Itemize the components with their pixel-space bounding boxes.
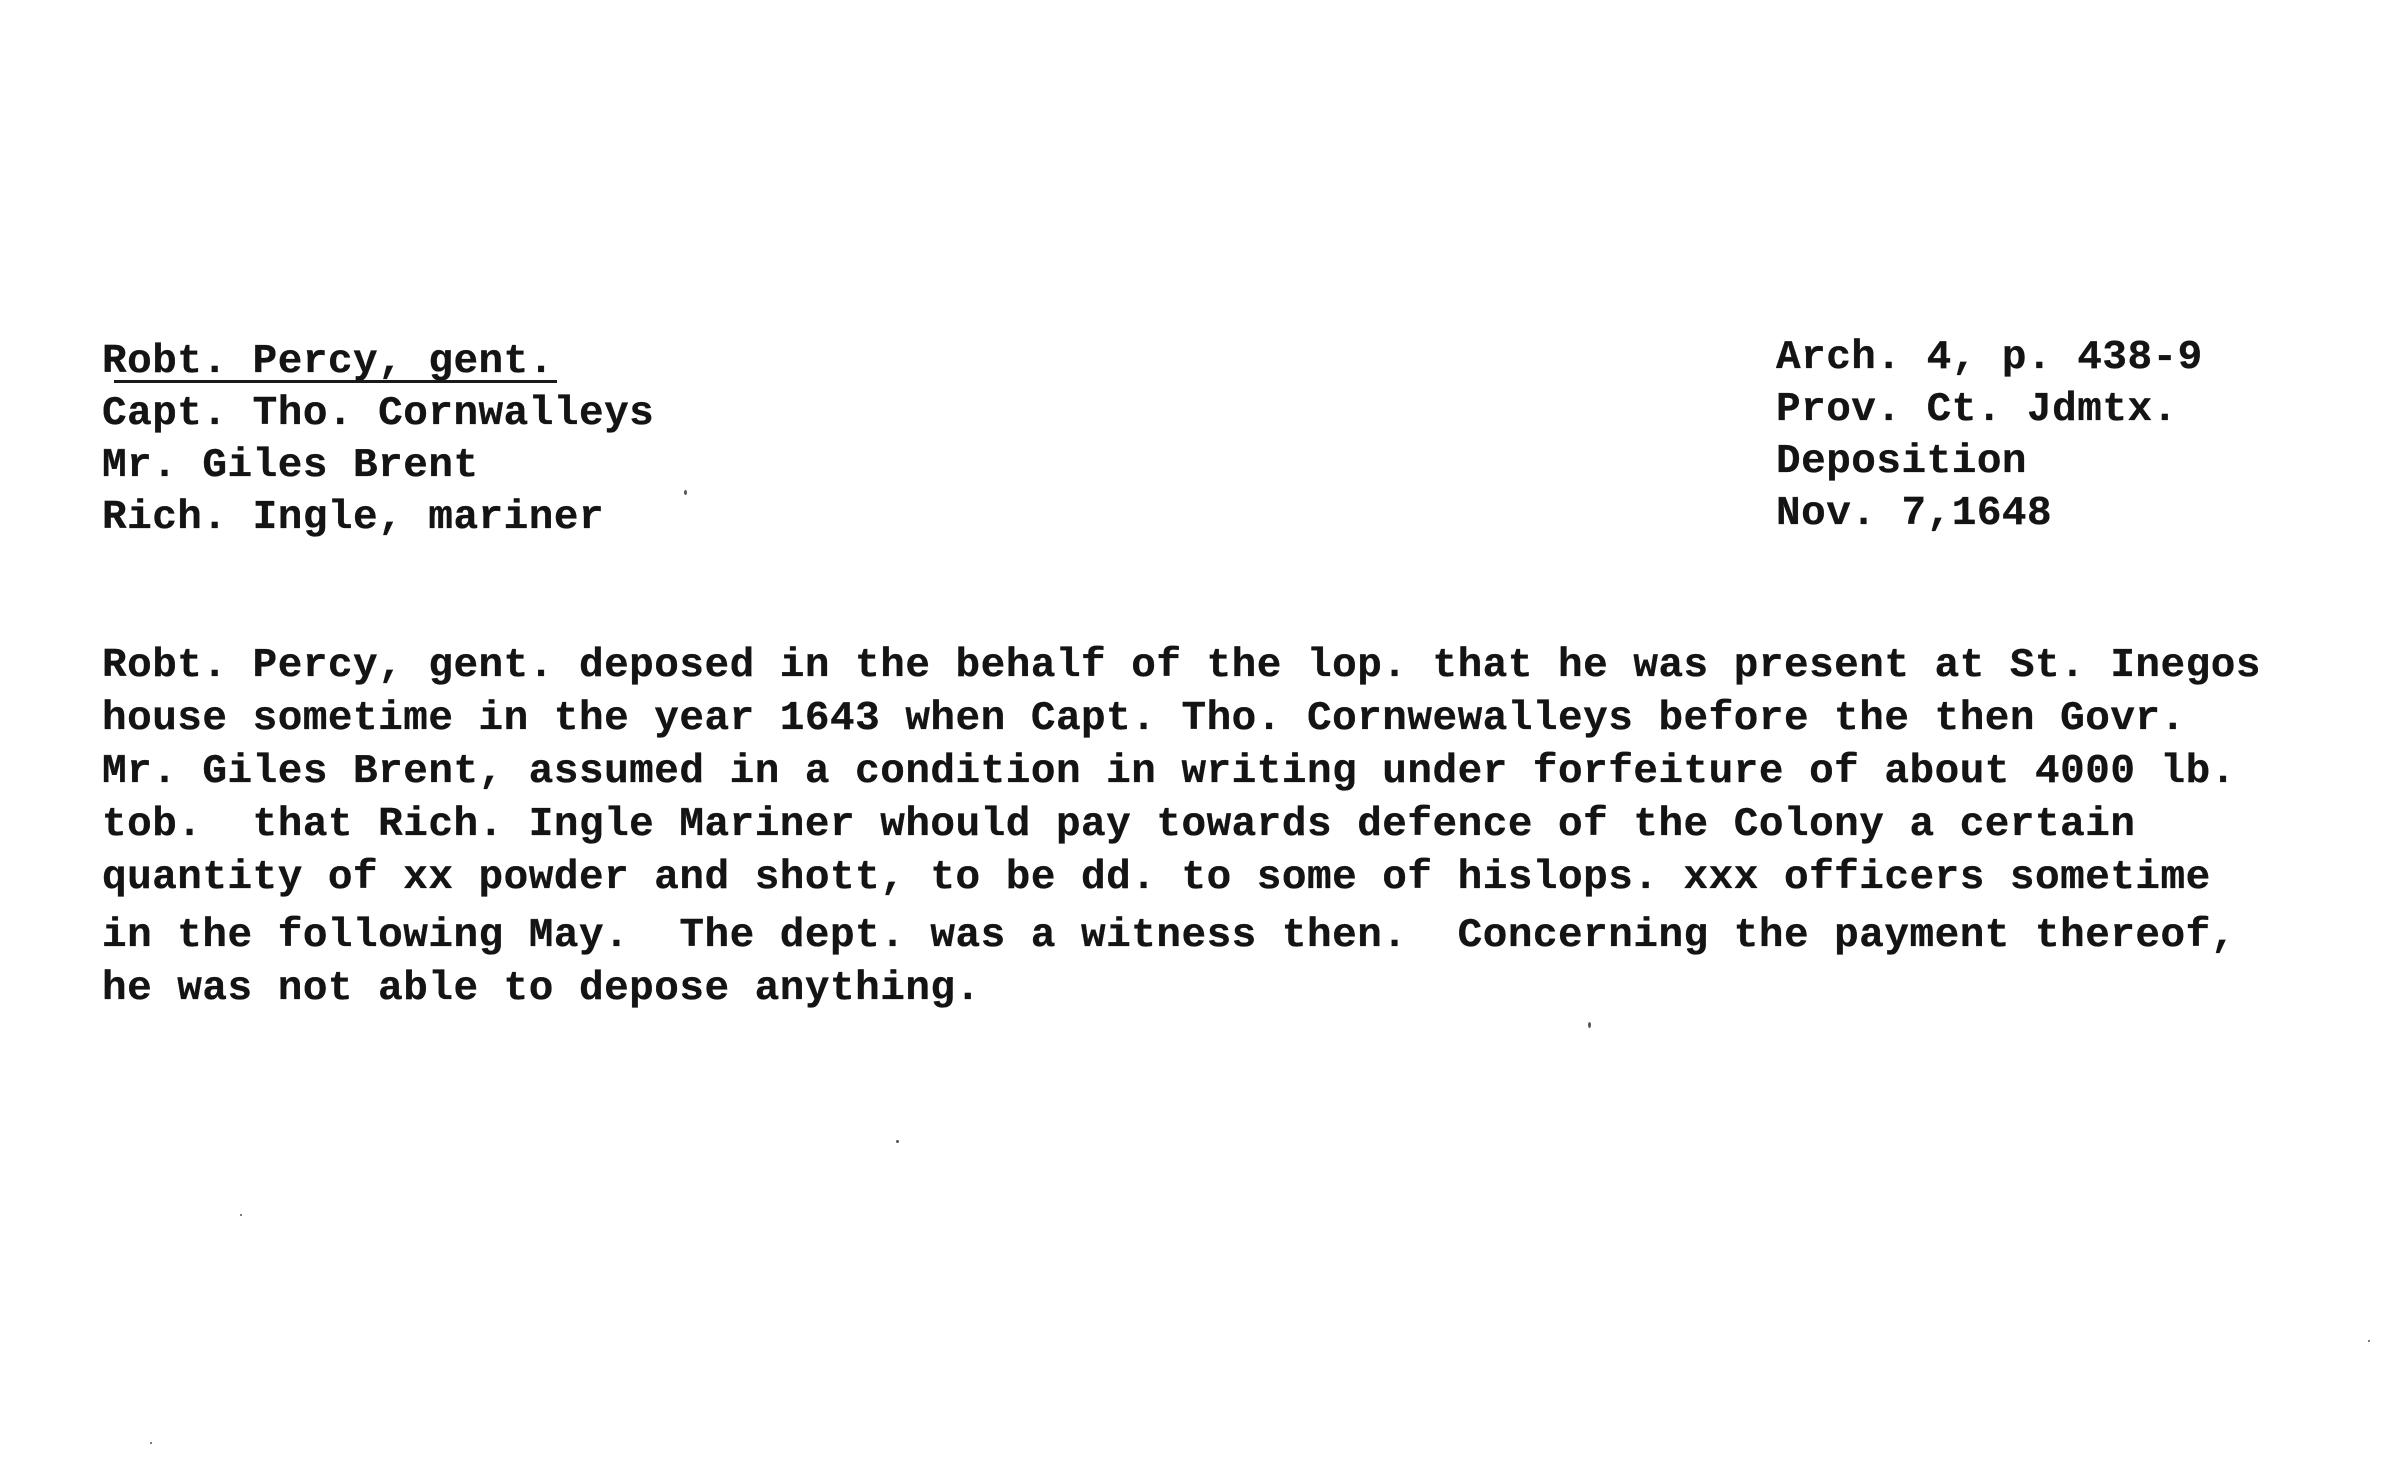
party-line-cornwalleys: Capt. Tho. Cornwalleys [102,388,654,440]
scan-speck [684,490,687,495]
citation-court: Prov. Ct. Jdmtx. [1776,384,2178,436]
scan-speck [1588,1022,1591,1028]
body-line: in the following May. The dept. was a wi… [102,910,2236,962]
index-card: Robt. Percy, gent. Capt. Tho. Cornwalley… [0,0,2402,1483]
body-line: quantity of xx powder and shott, to be d… [102,852,2211,904]
citation-doc-type: Deposition [1776,436,2027,488]
citation-archive-ref: Arch. 4, p. 438-9 [1776,332,2203,384]
scan-speck [240,1214,242,1216]
scan-speck [150,1442,152,1444]
body-line: tob. that Rich. Ingle Mariner whould pay… [102,799,2135,851]
deponent-underline [114,380,557,383]
party-line-ingle: Rich. Ingle, mariner [102,492,604,544]
body-line: Mr. Giles Brent, assumed in a condition … [102,746,2236,798]
body-line: Robt. Percy, gent. deposed in the behalf… [102,640,2261,692]
body-line: he was not able to depose anything. [102,963,981,1015]
scan-speck [896,1140,899,1143]
body-line: house sometime in the year 1643 when Cap… [102,693,2186,745]
scan-speck [2368,1340,2370,1342]
citation-date: Nov. 7,1648 [1776,488,2052,540]
party-line-brent: Mr. Giles Brent [102,440,479,492]
